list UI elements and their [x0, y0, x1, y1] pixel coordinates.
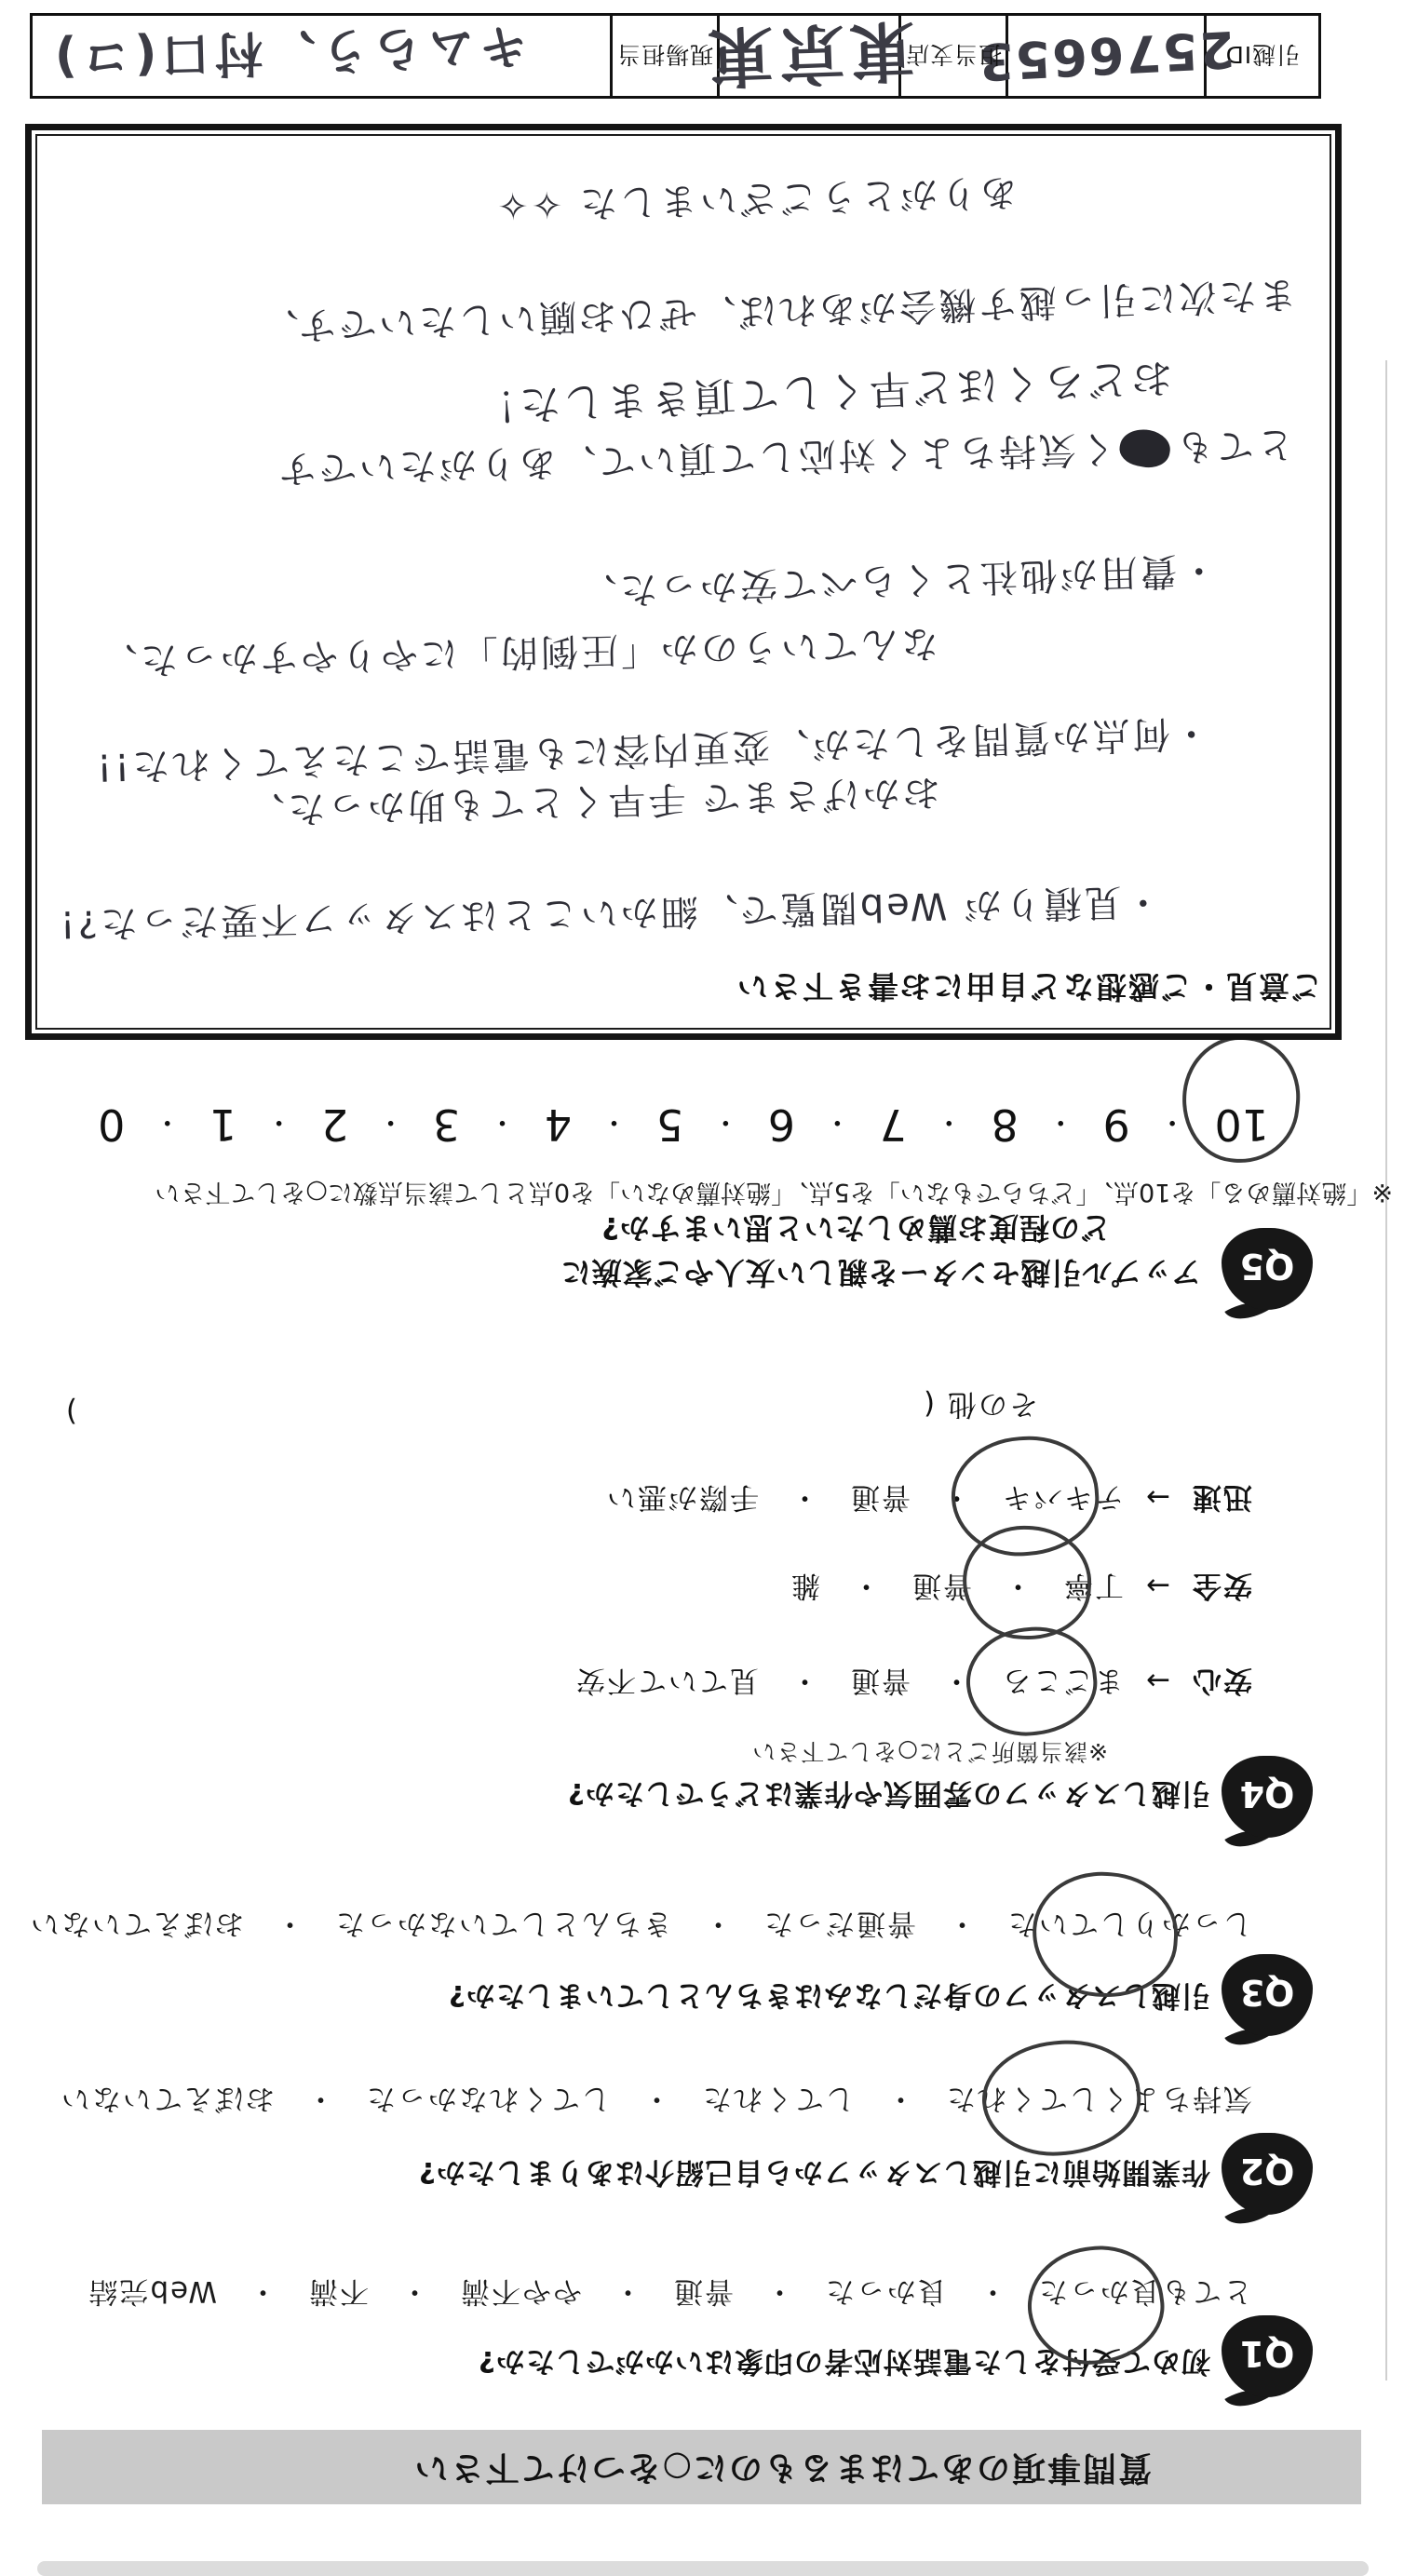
q3-option: 普通だった [763, 1907, 916, 1940]
scale-separator: ・ [1158, 1104, 1186, 1145]
scale-value: 3 [433, 1099, 460, 1150]
scale-separator: ・ [600, 1104, 628, 1145]
option-separator: ・ [850, 1569, 881, 1602]
q1-badge-label: Q1 [1222, 2315, 1313, 2392]
scale-value: 8 [992, 1099, 1019, 1150]
arrow-icon: → [1144, 1664, 1170, 1697]
option-separator: ・ [398, 2274, 429, 2308]
scale-separator: ・ [1046, 1104, 1074, 1145]
handwritten-circle-q2 [978, 2034, 1145, 2162]
q1-option: やや不満 [459, 2274, 582, 2308]
q4-badge-icon: Q4 [1222, 1756, 1313, 1845]
option-separator: ・ [304, 2082, 335, 2115]
scale-value: 7 [880, 1099, 907, 1150]
scale-value: 1 [209, 1099, 236, 1150]
scale-separator: ・ [711, 1104, 739, 1145]
staff-label-cell: 現場担当 [610, 16, 717, 96]
branch-value-cell: 東京東 [717, 16, 898, 96]
q4-note: ※該当箇所ごとに○をして下さい [751, 1736, 1108, 1770]
scale-separator: ・ [377, 1104, 405, 1145]
q5-note: ※「絶対薦める」を10点、「どちらでもない」を5点、「絶対薦めない」を0点として… [155, 1177, 1393, 1213]
comment-header: ご意見・ご感想など自由にお書き下さい [736, 966, 1322, 1010]
option-separator: ・ [946, 1907, 977, 1940]
q4-row-option: 手際が悪い [605, 1480, 759, 1514]
scale-separator: ・ [935, 1104, 963, 1145]
scale-value: 6 [768, 1099, 795, 1150]
q3-option: きちんとしていなかった [334, 1907, 672, 1940]
q4-title: 引越しスタッフの雰囲気や作業はどうでしたか? [567, 1775, 1210, 1817]
scale-value: 0 [98, 1099, 125, 1150]
q4-other-close: ) [64, 1395, 77, 1428]
q4-row-label: 安心 [1191, 1664, 1252, 1697]
q4-row-option: 普通 [849, 1664, 911, 1697]
close-paren: ) [64, 1395, 77, 1428]
q5-title-line1: アップル引越センターを親しい友人やご家族に [560, 1253, 1201, 1296]
handwritten-branch-value: 東京東 [702, 8, 917, 110]
q5-scale-row: 10・9・8・7・6・5・4・3・2・1・0 [98, 1099, 1269, 1150]
q2-option: してくれなかった [365, 2082, 611, 2115]
q2-option: おぼえていない [60, 2082, 275, 2115]
footer-id-table: 引越ID 2576653 担当支店 東京東 現場担当 キムらう、村口(コ) [30, 13, 1321, 99]
q1-badge-icon: Q1 [1222, 2315, 1313, 2405]
q4-other-label: その他 [946, 1387, 1038, 1421]
q1-option: Web完結 [87, 2274, 217, 2308]
q5-badge-icon: Q5 [1222, 1228, 1313, 1317]
q4-row-label: 安全 [1191, 1569, 1252, 1602]
q1-option: 良かった [824, 2274, 947, 2308]
scale-separator: ・ [154, 1104, 182, 1145]
handwritten-text: とても [1173, 423, 1294, 468]
handwritten-staff-names: キムらう、村口(コ) [49, 14, 611, 99]
option-separator: ・ [763, 2274, 794, 2308]
id-value-cell: 2576653 [1006, 16, 1204, 96]
q3-badge-icon: Q3 [1222, 1954, 1313, 2043]
option-separator: ・ [702, 1907, 733, 1940]
option-separator: ・ [977, 2274, 1007, 2308]
q5-badge-label: Q5 [1222, 1228, 1313, 1304]
scanned-survey-sheet: 質問事項のあてはまるものに○をつけて下さい Q1 初めて受付をした電話対応者の印… [0, 0, 1404, 2576]
staff-value-cell: キムらう、村口(コ) [33, 16, 610, 96]
scale-separator: ・ [265, 1104, 293, 1145]
q2-badge-label: Q2 [1222, 2133, 1313, 2209]
scale-value: 5 [656, 1099, 683, 1150]
q5-title-line2: どの程度お薦めしたいと思いますか? [601, 1208, 1111, 1251]
rotated-document: 質問事項のあてはまるものに○をつけて下さい Q1 初めて受付をした電話対応者の印… [0, 0, 1404, 2576]
scale-value: 2 [321, 1099, 348, 1150]
scribbled-out-word [1117, 425, 1173, 471]
q1-option: 普通 [672, 2274, 734, 2308]
option-separator: ・ [612, 2274, 642, 2308]
q4-other-row: その他 ( [922, 1386, 1038, 1428]
scale-separator: ・ [823, 1104, 851, 1145]
q4-row-jinsoku: 迅速→テキパキ・普通・手際が悪い [605, 1479, 1252, 1521]
option-separator: ・ [641, 2082, 671, 2115]
q4-row-option: 雑 [790, 1569, 820, 1602]
arrow-icon: → [1144, 1480, 1170, 1514]
q4-badge-label: Q4 [1222, 1756, 1313, 1832]
open-paren: ( [922, 1387, 935, 1421]
q2-option: してくれた [701, 2082, 855, 2115]
q1-option: 不満 [307, 2274, 369, 2308]
arrow-icon: → [1144, 1569, 1170, 1602]
scale-value: 9 [1103, 1099, 1130, 1150]
handwritten-id-value: 2576653 [976, 20, 1236, 91]
scan-edge-strip [37, 2561, 1369, 2576]
q2-badge-icon: Q2 [1222, 2133, 1313, 2222]
option-separator: ・ [274, 1907, 304, 1940]
scan-edge-line [1385, 360, 1387, 2380]
option-separator: ・ [789, 1480, 819, 1514]
option-separator: ・ [884, 2082, 915, 2115]
option-separator: ・ [247, 2274, 277, 2308]
scale-value: 4 [545, 1099, 572, 1150]
q4-row-anshin: 安心→まごころ・普通・見ていて不安 [574, 1663, 1252, 1705]
q4-row-label: 迅速 [1191, 1480, 1252, 1514]
q3-option: おぼえていない [29, 1907, 244, 1940]
handwritten-circle-q4-jinsoku [948, 1432, 1103, 1561]
instruction-bar: 質問事項のあてはまるものに○をつけて下さい [42, 2430, 1361, 2504]
q2-title: 作業開始前に引越しスタッフから自己紹介はありましたか? [418, 2154, 1210, 2196]
q3-badge-label: Q3 [1222, 1954, 1313, 2030]
option-separator: ・ [789, 1664, 819, 1697]
q4-row-option: 見ていて不安 [574, 1664, 759, 1697]
scale-separator: ・ [489, 1104, 517, 1145]
q4-row-option: 普通 [849, 1480, 911, 1514]
